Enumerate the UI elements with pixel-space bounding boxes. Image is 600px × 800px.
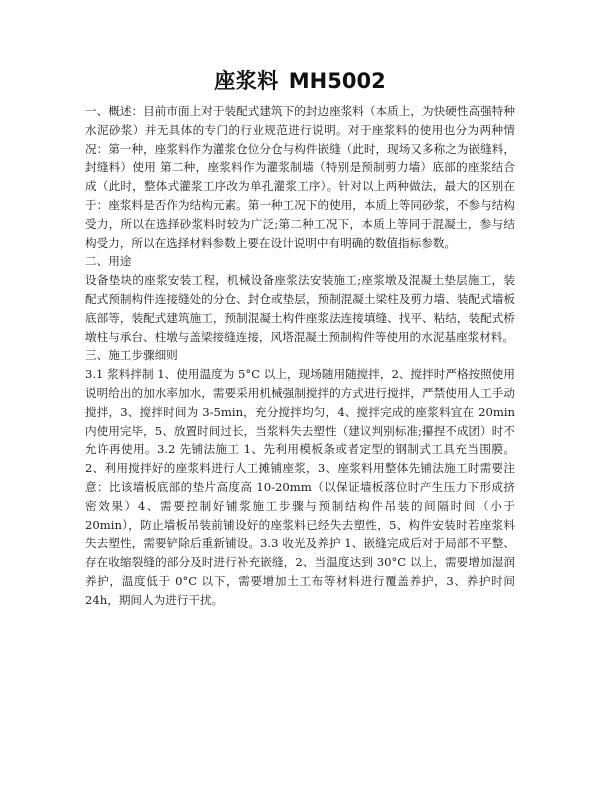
overview-paragraph: 一、概述：目前市面上对于装配式建筑下的封边座浆料（本质上，为快硬性高强特种水泥砂… <box>85 102 515 252</box>
usage-paragraph: 设备垫块的座浆安装工程，机械设备座浆法安装施工;座浆墩及混凝土垫层施工，装配式预… <box>85 271 515 346</box>
document-content: 座浆料MH5002 一、概述：目前市面上对于装配式建筑下的封边座浆料（本质上，为… <box>0 0 600 610</box>
steps-paragraph: 3.1 浆料拌制 1、使用温度为 5°C 以上，现场随用随搅拌，2、搅拌时严格按… <box>85 365 515 609</box>
steps-heading: 三、施工步骤细则 <box>85 346 515 365</box>
document-page: 座浆料MH5002 一、概述：目前市面上对于装配式建筑下的封边座浆料（本质上，为… <box>0 0 600 800</box>
document-title-text: 座浆料 <box>214 68 279 93</box>
document-title: 座浆料MH5002 <box>85 68 515 94</box>
document-body: 一、概述：目前市面上对于装配式建筑下的封边座浆料（本质上，为快硬性高强特种水泥砂… <box>85 102 515 610</box>
document-title-code: MH5002 <box>289 69 386 93</box>
usage-heading: 二、用途 <box>85 252 515 271</box>
